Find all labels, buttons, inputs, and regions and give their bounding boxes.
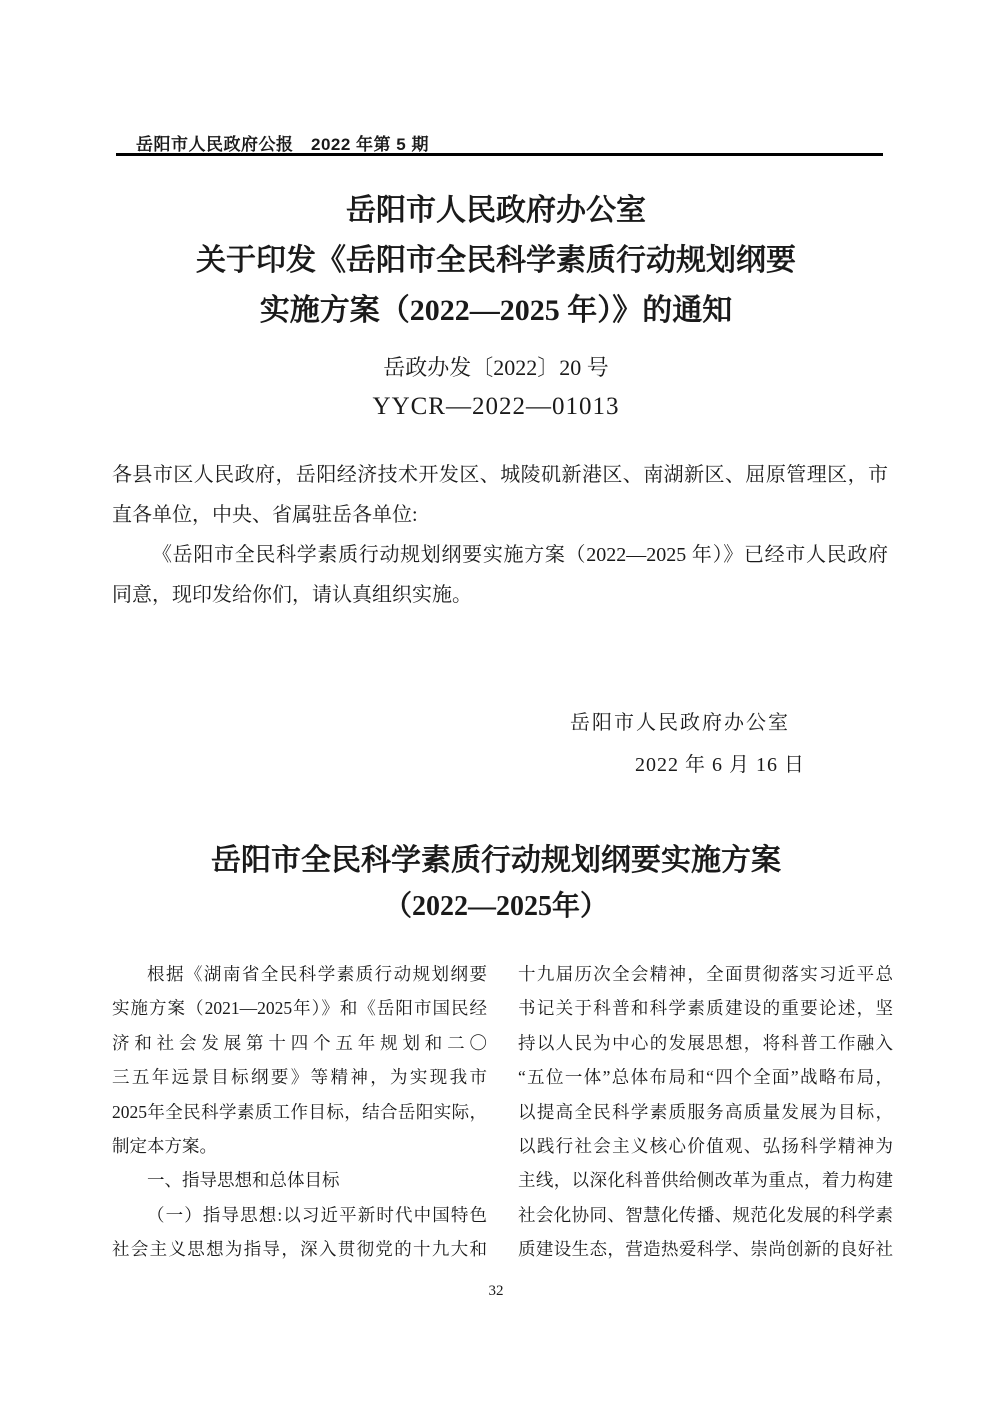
notice-title-line-3: 实施方案（2022—2025 年）》的通知 xyxy=(0,286,992,336)
header-rule xyxy=(116,153,883,156)
body-line: （一）指导思想:以习近平新时代中国特色 xyxy=(112,1198,487,1232)
gazette-page: 岳阳市人民政府公报 2022 年第 5 期 岳阳市人民政府办公室 关于印发《岳阳… xyxy=(0,0,992,1403)
notice-body-line: 《岳阳市全民科学素质行动规划纲要实施方案（2022—2025 年）》已经市人民政… xyxy=(112,535,888,575)
document-number: 岳政办发〔2022〕20 号 xyxy=(0,351,992,382)
body-line: 书记关于科普和科学素质建设的重要论述，坚 xyxy=(518,991,893,1025)
two-column-body: 根据《湖南省全民科学素质行动规划纲要 实施方案（2021—2025年）》和《岳阳… xyxy=(112,957,893,1267)
signature-office: 岳阳市人民政府办公室 xyxy=(570,706,790,735)
body-line: 三五年远景目标纲要》等精神，为实现我市 xyxy=(112,1060,487,1094)
body-line: 社会化协同、智慧化传播、规范化发展的科学素 xyxy=(518,1198,893,1232)
plan-subtitle: （2022—2025年） xyxy=(0,888,992,926)
index-number: YYCR—2022—01013 xyxy=(0,393,992,421)
gazette-masthead: 岳阳市人民政府公报 2022 年第 5 期 xyxy=(136,130,429,155)
body-line: 以提高全民科学素质服务高质量发展为目标， xyxy=(518,1095,893,1129)
body-line: 2025年全民科学素质工作目标，结合岳阳实际， xyxy=(112,1095,487,1129)
body-line: 实施方案（2021—2025年）》和《岳阳市国民经 xyxy=(112,991,487,1025)
body-line: 制定本方案。 xyxy=(112,1129,487,1163)
notice-title-line-1: 岳阳市人民政府办公室 xyxy=(0,186,992,236)
notice-body: 各县市区人民政府，岳阳经济技术开发区、城陵矶新港区、南湖新区、屈原管理区，市 直… xyxy=(112,455,888,615)
left-column: 根据《湖南省全民科学素质行动规划纲要 实施方案（2021—2025年）》和《岳阳… xyxy=(112,957,487,1267)
body-line: 十九届历次全会精神，全面贯彻落实习近平总 xyxy=(518,957,893,991)
section-heading: 一、指导思想和总体目标 xyxy=(112,1163,487,1197)
notice-title-line-2: 关于印发《岳阳市全民科学素质行动规划纲要 xyxy=(0,236,992,286)
page-number: 32 xyxy=(0,1283,992,1300)
body-line: 持以人民为中心的发展思想，将科普工作融入 xyxy=(518,1026,893,1060)
notice-body-line: 直各单位，中央、省属驻岳各单位: xyxy=(112,495,888,535)
body-line: 质建设生态，营造热爱科学、崇尚创新的良好社 xyxy=(518,1232,893,1266)
signature-date: 2022 年 6 月 16 日 xyxy=(635,748,805,777)
body-line: 主线，以深化科普供给侧改革为重点，着力构建 xyxy=(518,1163,893,1197)
notice-title: 岳阳市人民政府办公室 关于印发《岳阳市全民科学素质行动规划纲要 实施方案（202… xyxy=(0,186,992,336)
body-line: 社会主义思想为指导，深入贯彻党的十九大和 xyxy=(112,1232,487,1266)
right-column: 十九届历次全会精神，全面贯彻落实习近平总 书记关于科普和科学素质建设的重要论述，… xyxy=(518,957,893,1267)
notice-body-line: 各县市区人民政府，岳阳经济技术开发区、城陵矶新港区、南湖新区、屈原管理区，市 xyxy=(112,455,888,495)
notice-body-line: 同意，现印发给你们，请认真组织实施。 xyxy=(112,575,888,615)
plan-title: 岳阳市全民科学素质行动规划纲要实施方案 xyxy=(0,841,992,881)
body-line: “五位一体”总体布局和“四个全面”战略布局， xyxy=(518,1060,893,1094)
body-line: 以践行社会主义核心价值观、弘扬科学精神为 xyxy=(518,1129,893,1163)
body-line: 济和社会发展第十四个五年规划和二〇 xyxy=(112,1026,487,1060)
body-line: 根据《湖南省全民科学素质行动规划纲要 xyxy=(112,957,487,991)
